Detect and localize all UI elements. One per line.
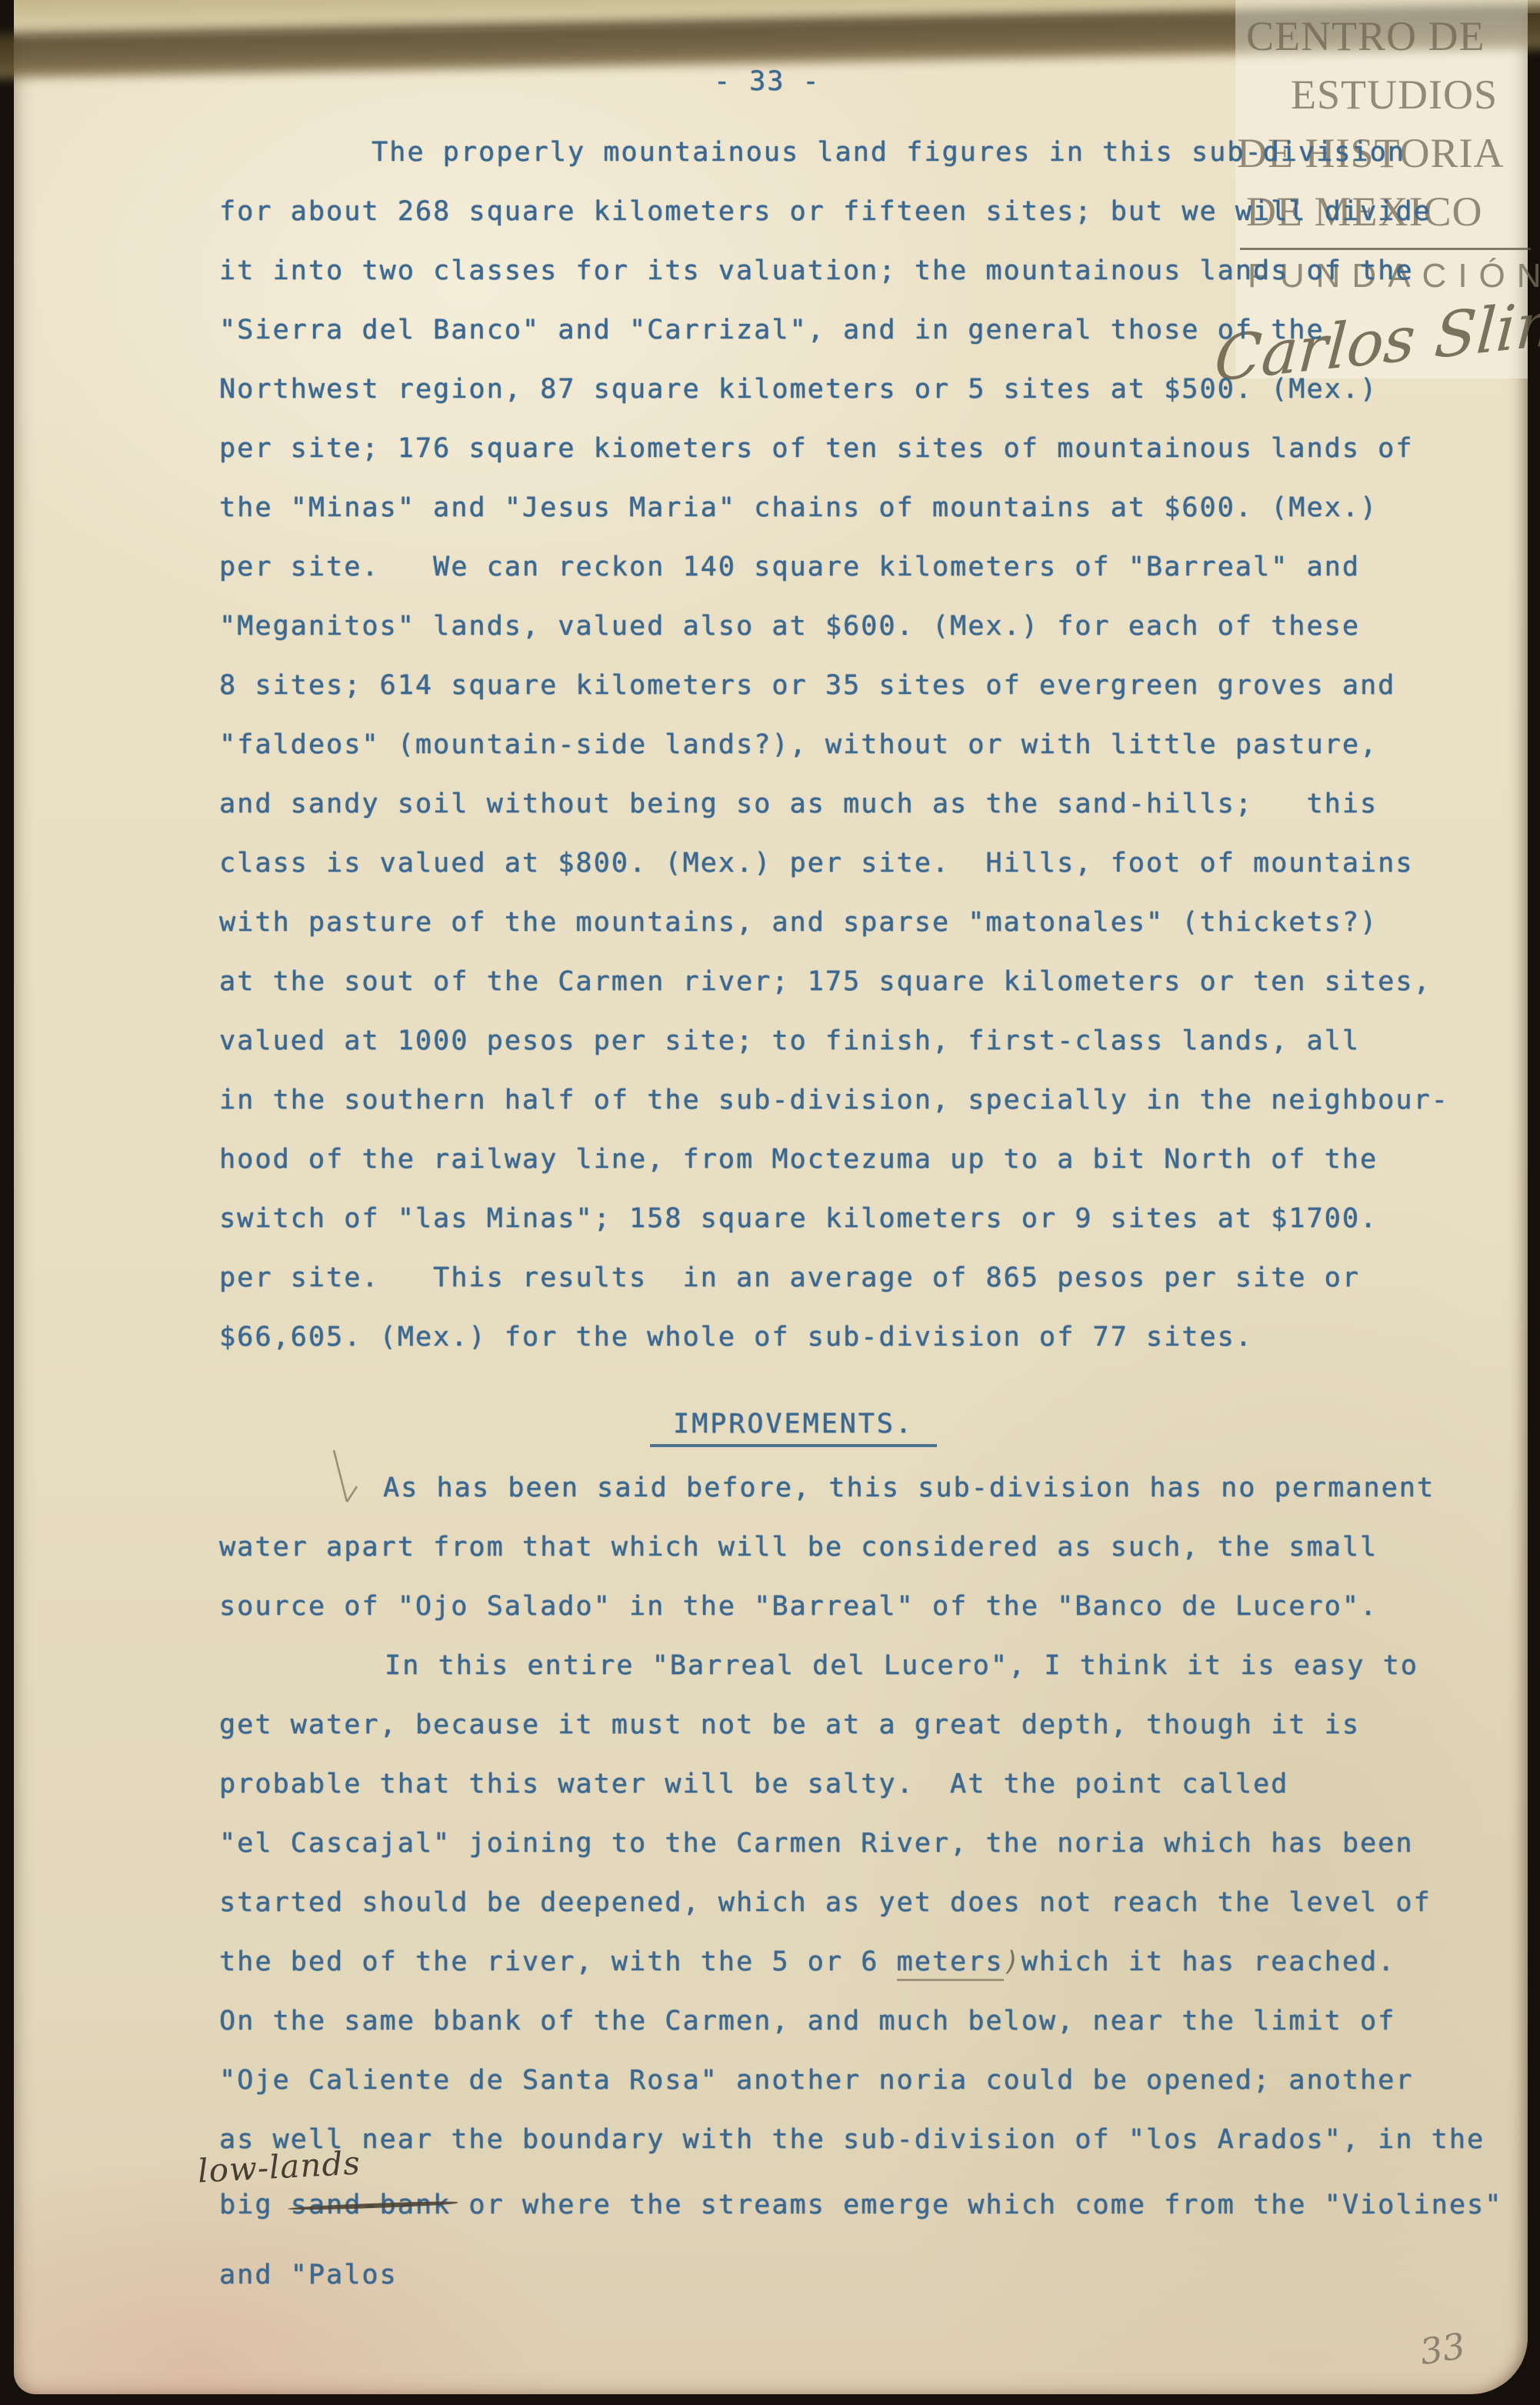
typewritten-body: The properly mountainous land figures in… — [219, 137, 1527, 2319]
text-line: per site; 176 square kiometers of ten si… — [219, 433, 1527, 492]
text-line: probable that this water will be salty. … — [219, 1769, 1527, 1828]
text-line: per site. This results in an average of … — [219, 1263, 1527, 1322]
text-line: "faldeos" (mountain-side lands?), withou… — [219, 729, 1527, 789]
corner-page-number: 33 — [1417, 2325, 1468, 2373]
text-line: On the same bbank of the Carmen, and muc… — [219, 2006, 1527, 2065]
annotated-text: sand-bank — [291, 2190, 452, 2220]
text-line: class is valued at $800. (Mex.) per site… — [219, 848, 1527, 907]
text-line: the bed of the river, with the 5 or 6 me… — [219, 1946, 1527, 2006]
watermark-line-centro: CENTRO DE — [1246, 12, 1485, 60]
watermark-line-estudios: ESTUDIOS — [1291, 71, 1498, 118]
text-line: $66,605. (Mex.) for the whole of sub-div… — [219, 1322, 1527, 1381]
text-line: get water, because it must not be at a g… — [219, 1710, 1527, 1769]
text-line: in the southern half of the sub-division… — [219, 1085, 1527, 1144]
text-line: and sandy soil without being so as much … — [219, 789, 1527, 848]
text-line: hood of the railway line, from Moctezuma… — [219, 1144, 1527, 1203]
text-line: water apart from that which will be cons… — [219, 1532, 1527, 1591]
text-line: "Oje Caliente de Santa Rosa" another nor… — [219, 2065, 1527, 2124]
text-line: switch of "las Minas"; 158 square kilome… — [219, 1203, 1527, 1263]
text-line: The properly mountainous land figures in… — [219, 137, 1527, 196]
annotated-text: meters — [897, 1946, 1004, 1981]
page-number: - 33 - — [714, 66, 820, 97]
text-line: In this entire "Barreal del Lucero", I t… — [219, 1650, 1527, 1710]
scanned-document-page: CENTRO DE ESTUDIOS DE HISTORIA DE MEXICO… — [0, 0, 1540, 2405]
text-line: "el Cascajal" joining to the Carmen Rive… — [219, 1828, 1527, 1887]
text-line: valued at 1000 pesos per site; to finish… — [219, 1026, 1527, 1085]
text-line: big sand-banklow-lands or where the stre… — [219, 2190, 1527, 2249]
text-line: per site. We can reckon 140 square kilom… — [219, 552, 1527, 611]
text-line: Northwest region, 87 square kilometers o… — [219, 374, 1527, 433]
text-line: "Sierra del Banco" and "Carrizal", and i… — [219, 315, 1527, 374]
text-line: and "Palos — [219, 2260, 1527, 2319]
text-line: as well near the boundary with the sub-d… — [219, 2124, 1527, 2183]
section-heading: IMPROVEMENTS. — [650, 1409, 1527, 1468]
pencil-arrow-icon — [326, 1448, 366, 1513]
text-line: it into two classes for its valuation; t… — [219, 255, 1527, 315]
text-line: As has been said before, this sub-divisi… — [219, 1473, 1527, 1532]
text-line: with pasture of the mountains, and spars… — [219, 907, 1527, 966]
text-line: "Meganitos" lands, valued also at $600. … — [219, 611, 1527, 670]
text-line: started should be deepened, which as yet… — [219, 1887, 1527, 1946]
text-line: the "Minas" and "Jesus Maria" chains of … — [219, 492, 1527, 552]
annotated-text: ) — [1004, 1946, 1022, 1977]
text-line: 8 sites; 614 square kilometers or 35 sit… — [219, 670, 1527, 729]
text-line: source of "Ojo Salado" in the "Barreal" … — [219, 1591, 1527, 1650]
text-line: for about 268 square kilometers or fifte… — [219, 196, 1527, 255]
text-line: at the sout of the Carmen river; 175 squ… — [219, 966, 1527, 1026]
